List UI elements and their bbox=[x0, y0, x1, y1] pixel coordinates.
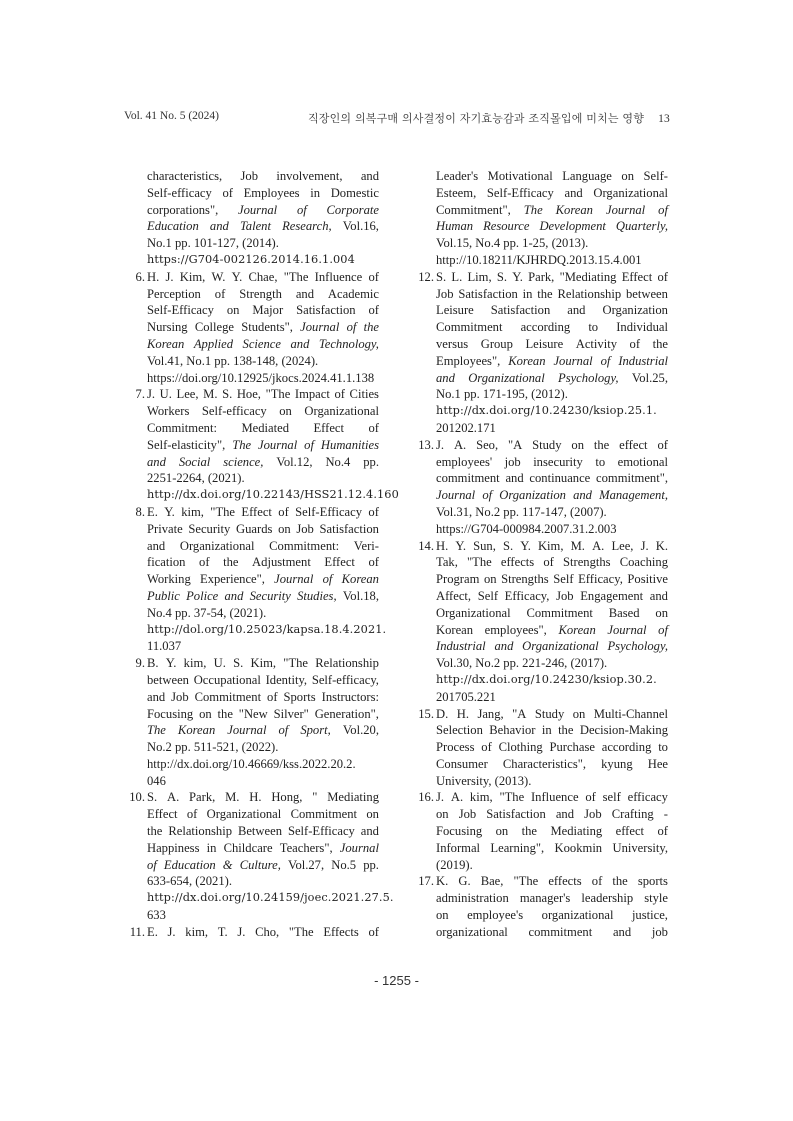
journal-title-word: Korean bbox=[508, 353, 545, 370]
reference-line: andOrganizationalCommitment:Veri- bbox=[147, 538, 379, 555]
journal-title-word: Journal bbox=[258, 437, 297, 454]
reference-word: on bbox=[278, 521, 291, 538]
reference-word: and bbox=[565, 185, 583, 202]
reference-word: versus bbox=[436, 336, 468, 353]
reference-number: 17. bbox=[414, 873, 434, 890]
reference-word: S. bbox=[222, 386, 232, 403]
journal-title-word: Organizational bbox=[468, 370, 545, 387]
reference-word: L. bbox=[451, 269, 462, 286]
reference-word: "The bbox=[289, 924, 314, 941]
reference-word: Informal bbox=[436, 840, 480, 857]
reference-entry: 13.J.A.Seo,"AStudyontheeffectofemployees… bbox=[414, 437, 668, 538]
reference-word: job bbox=[505, 454, 521, 471]
reference-word: Group bbox=[481, 336, 513, 353]
reference-word: Y. bbox=[166, 655, 177, 672]
reference-word: http://dx.doi.org/10.24230/ksiop.30.2. bbox=[436, 672, 657, 689]
reference-line: E.J.kim,T.J.Cho,"TheEffectsof bbox=[147, 924, 379, 941]
reference-line: Commitment:MediatedEffectof bbox=[147, 420, 379, 437]
reference-word: Vol.15, No.4 pp. 1-25, (2013). bbox=[436, 235, 588, 252]
reference-word: 201705.221 bbox=[436, 689, 496, 706]
reference-word: Sports bbox=[283, 689, 315, 706]
journal-title-word: Technology, bbox=[319, 336, 379, 353]
reference-word: Lee, bbox=[611, 538, 633, 555]
reference-word: style bbox=[644, 890, 668, 907]
reference-word: J. bbox=[641, 538, 649, 555]
reference-word: Process bbox=[436, 739, 474, 756]
reference-line: characteristics,Jobinvolvement,and bbox=[147, 168, 379, 185]
reference-word: Seo, bbox=[476, 437, 498, 454]
reference-word: on bbox=[571, 437, 584, 454]
reference-word: the bbox=[653, 336, 668, 353]
reference-word: Self- bbox=[644, 168, 668, 185]
reference-line: ProgramonStrengthsSelfEfficacy,Positive bbox=[436, 571, 668, 588]
reference-word: S. bbox=[147, 789, 157, 806]
reference-word: Satisfaction bbox=[296, 302, 355, 319]
reference-word: No.5 bbox=[331, 857, 356, 874]
reference-word: Employees", bbox=[436, 353, 500, 370]
reference-word: " bbox=[312, 789, 317, 806]
reference-word: Engagement bbox=[580, 588, 643, 605]
reference-word: Employees bbox=[244, 185, 300, 202]
reference-line: HumanResourceDevelopmentQuarterly, bbox=[436, 218, 668, 235]
reference-word: according bbox=[521, 319, 571, 336]
reference-word: "The bbox=[283, 655, 308, 672]
journal-title-word: Education bbox=[147, 218, 199, 235]
reference-word: Job bbox=[296, 521, 314, 538]
reference-word: Kim, bbox=[538, 538, 564, 555]
reference-line: corporations",JournalofCorporate bbox=[147, 202, 379, 219]
reference-word: Nursing bbox=[147, 319, 188, 336]
reference-entry: 17.K.G.Bae,"Theeffectsofthesportsadminis… bbox=[414, 873, 668, 940]
reference-word: of bbox=[657, 437, 668, 454]
reference-word: commitment bbox=[529, 924, 593, 941]
reference-word: and bbox=[567, 302, 585, 319]
reference-word: No.2 pp. 511-521, (2022). bbox=[147, 739, 278, 756]
reference-word: employee's bbox=[467, 907, 523, 924]
reference-word: Organization bbox=[602, 302, 668, 319]
reference-line: http://dol.org/10.25023/kapsa.18.4.2021. bbox=[147, 622, 379, 639]
journal-issue: Vol. 41 No. 5 (2024) bbox=[124, 110, 219, 122]
reference-line: Focusingonthe"NewSilver"Generation", bbox=[147, 706, 379, 723]
reference-word: http://dol.org/10.25023/kapsa.18.4.2021. bbox=[147, 622, 386, 639]
reference-line: Vol.31, No.2 pp. 117-147, (2007). bbox=[436, 504, 668, 521]
reference-line: 046 bbox=[147, 773, 379, 790]
reference-word: kim, bbox=[185, 924, 208, 941]
reference-word: Mediated bbox=[241, 420, 289, 437]
reference-word: Influence bbox=[531, 789, 579, 806]
reference-line: Self-EfficacyonMajorSatisfactionof bbox=[147, 302, 379, 319]
journal-title-word: Culture, bbox=[240, 857, 281, 874]
reference-word: U. bbox=[160, 386, 172, 403]
journal-title-word: Studies, bbox=[297, 588, 337, 605]
reference-number: 11. bbox=[125, 924, 145, 941]
reference-word: Perception bbox=[147, 286, 201, 303]
reference-word: "The bbox=[514, 873, 539, 890]
reference-word: insecurity bbox=[533, 454, 583, 471]
reference-word: Leisure bbox=[525, 336, 563, 353]
reference-word: Major bbox=[252, 302, 283, 319]
reference-word: between bbox=[147, 672, 189, 689]
reference-word: Working bbox=[147, 571, 191, 588]
reference-word: "The bbox=[499, 789, 524, 806]
reference-line: commitmentandcontinuancecommitment", bbox=[436, 470, 668, 487]
reference-word: commitment bbox=[436, 470, 500, 487]
reference-number: 12. bbox=[414, 269, 434, 286]
reference-word: Veri- bbox=[354, 538, 379, 555]
reference-word: Commitment bbox=[436, 319, 502, 336]
reference-word: of bbox=[543, 554, 554, 571]
reference-line: IndustrialandOrganizationalPsychology, bbox=[436, 638, 668, 655]
reference-word: Decision-Making bbox=[580, 722, 668, 739]
reference-word: Kim, bbox=[180, 269, 206, 286]
reference-word: Self bbox=[553, 571, 573, 588]
reference-word: efficacy bbox=[628, 789, 668, 806]
journal-title-word: The bbox=[147, 722, 166, 739]
reference-word: http://dx.doi.org/10.24159/joec.2021.27.… bbox=[147, 890, 394, 907]
reference-word: Vol.16, bbox=[343, 218, 379, 235]
reference-word: Efficacy, bbox=[578, 571, 623, 588]
reference-number: 13. bbox=[414, 437, 434, 454]
reference-word: Positive bbox=[627, 571, 668, 588]
reference-word: (2019). bbox=[436, 857, 473, 874]
reference-word: Guards bbox=[236, 521, 272, 538]
journal-title-word: The bbox=[524, 202, 543, 219]
reference-word: Job bbox=[459, 806, 477, 823]
reference-word: Motivational bbox=[488, 168, 553, 185]
reference-line: ficationoftheAdjustmentEffectof bbox=[147, 554, 379, 571]
reference-word: Influence bbox=[315, 269, 363, 286]
reference-word: to bbox=[595, 454, 605, 471]
reference-word: Korean bbox=[436, 622, 473, 639]
reference-word: kyung bbox=[601, 756, 632, 773]
reference-line: PerceptionofStrengthandAcademic bbox=[147, 286, 379, 303]
reference-word: Esteem, bbox=[436, 185, 476, 202]
reference-word: pp. bbox=[363, 454, 379, 471]
reference-word: of bbox=[369, 302, 380, 319]
reference-entry: 14.H.Y.Sun,S.Y.Kim,M.A.Lee,J.K.Tak,"Thee… bbox=[414, 538, 668, 706]
reference-line: HappinessinChildcareTeachers",Journal bbox=[147, 840, 379, 857]
journal-title-word: Journal bbox=[340, 840, 379, 857]
reference-word: and bbox=[296, 286, 314, 303]
reference-word: Organizational bbox=[436, 605, 511, 622]
reference-word: on bbox=[655, 605, 668, 622]
reference-word: justice, bbox=[632, 907, 668, 924]
reference-number: 6. bbox=[125, 269, 145, 286]
journal-title-word: Public bbox=[147, 588, 180, 605]
reference-line: JobSatisfactionintheRelationshipbetween bbox=[436, 286, 668, 303]
journal-title-word: and bbox=[494, 638, 513, 655]
reference-word: kim, bbox=[470, 789, 493, 806]
reference-word: of bbox=[334, 386, 345, 403]
reference-word: B. bbox=[147, 655, 159, 672]
reference-line: organizationalcommitmentandjob bbox=[436, 924, 668, 941]
reference-word: continuance bbox=[529, 470, 590, 487]
reference-word: Chae, bbox=[248, 269, 277, 286]
reference-number: 9. bbox=[125, 655, 145, 672]
reference-word: Strength bbox=[239, 286, 282, 303]
reference-line: ProcessofClothingPurchaseaccordingto bbox=[436, 739, 668, 756]
reference-line: Self-elasticity",TheJournalofHumanities bbox=[147, 437, 379, 454]
reference-line: EffectofOrganizationalCommitmenton bbox=[147, 806, 379, 823]
reference-word: Crafting bbox=[612, 806, 654, 823]
reference-number: 15. bbox=[414, 706, 434, 723]
reference-word: 633-654, (2021). bbox=[147, 873, 232, 890]
reference-word: "A bbox=[512, 706, 526, 723]
reference-word: Effect bbox=[147, 806, 178, 823]
reference-word: Hee bbox=[648, 756, 668, 773]
reference-word: http://10.18211/KJHRDQ.2013.15.4.001 bbox=[436, 252, 642, 269]
journal-title-word: Organizational bbox=[522, 638, 599, 655]
reference-line: ofEducation&Culture,Vol.27,No.5pp. bbox=[147, 857, 379, 874]
reference-line: onJobSatisfactionandJobCrafting- bbox=[436, 806, 668, 823]
reference-word: Self-Efficacy bbox=[147, 302, 214, 319]
journal-title-word: Journal bbox=[227, 722, 266, 739]
reference-line: D.H.Jang,"AStudyonMulti-Channel bbox=[436, 706, 668, 723]
reference-word: the bbox=[218, 706, 233, 723]
reference-line: No.1 pp. 101-127, (2014). bbox=[147, 235, 379, 252]
reference-word: Learning", bbox=[490, 840, 544, 857]
reference-line: LeisureSatisfactionandOrganization bbox=[436, 302, 668, 319]
reference-word: http://dx.doi.org/10.22143/HSS21.12.4.16… bbox=[147, 487, 399, 504]
journal-title-word: Corporate bbox=[326, 202, 378, 219]
reference-word: M. bbox=[225, 789, 239, 806]
reference-word: of bbox=[368, 269, 379, 286]
reference-word: of bbox=[199, 554, 210, 571]
journal-title-word: of bbox=[323, 571, 333, 588]
reference-line: Esteem,Self-EfficacyandOrganizational bbox=[436, 185, 668, 202]
reference-word: https://G704-000984.2007.31.2.003 bbox=[436, 521, 617, 538]
reference-word: sports bbox=[638, 873, 668, 890]
reference-line: http://dx.doi.org/10.22143/HSS21.12.4.16… bbox=[147, 487, 379, 504]
reference-word: and bbox=[147, 538, 165, 555]
reference-line: WorkersSelf-efficacyonOrganizational bbox=[147, 403, 379, 420]
journal-title-word: Social bbox=[179, 454, 210, 471]
reference-entry: 9.B.Y.kim,U.S.Kim,"TheRelationshipbetwee… bbox=[125, 655, 379, 789]
reference-line: Self-efficacyofEmployeesinDomestic bbox=[147, 185, 379, 202]
reference-word: https://G704-002126.2014.16.1.004 bbox=[147, 252, 355, 269]
reference-word: to bbox=[588, 319, 598, 336]
reference-line: http://10.18211/KJHRDQ.2013.15.4.001 bbox=[436, 252, 668, 269]
journal-title-word: Police bbox=[186, 588, 218, 605]
reference-word: J. bbox=[237, 924, 245, 941]
reference-word: D. bbox=[436, 706, 448, 723]
reference-word: "New bbox=[239, 706, 268, 723]
reference-entry: 8.E.Y.kim,"TheEffectofSelf-EfficacyofPri… bbox=[125, 504, 379, 655]
reference-word: Job bbox=[171, 689, 189, 706]
reference-word: effects bbox=[501, 554, 534, 571]
reference-word: Between bbox=[238, 823, 282, 840]
reference-word: S. bbox=[497, 269, 507, 286]
reference-word: Affect, bbox=[436, 588, 471, 605]
reference-word: of bbox=[187, 806, 198, 823]
reference-word: Park, bbox=[528, 269, 554, 286]
reference-word: Clothing bbox=[499, 739, 543, 756]
reference-word: Vol.25, bbox=[632, 370, 668, 387]
journal-title-word: Education bbox=[164, 857, 216, 874]
reference-word: Commitment bbox=[526, 605, 592, 622]
reference-word: of bbox=[630, 336, 641, 353]
reference-word: Lim, bbox=[467, 269, 491, 286]
reference-line: administrationmanager'sleadershipstyle bbox=[436, 890, 668, 907]
reference-entry: Leader'sMotivationalLanguageonSelf-Estee… bbox=[414, 168, 668, 269]
reference-word: http://dx.doi.org/10.46669/kss.2022.20.2… bbox=[147, 756, 356, 773]
reference-word: E. bbox=[147, 924, 158, 941]
reference-word: and bbox=[505, 470, 523, 487]
reference-line: SelectionBehaviorintheDecision-Making bbox=[436, 722, 668, 739]
reference-word: S. bbox=[436, 269, 446, 286]
journal-title-word: and bbox=[147, 454, 166, 471]
reference-word: pp. bbox=[363, 857, 379, 874]
reference-word: Satisfaction bbox=[458, 286, 517, 303]
reference-word: Relationship bbox=[557, 286, 621, 303]
reference-entry: 10.S.A.Park,M.H.Hong,"MediatingEffectofO… bbox=[125, 789, 379, 923]
reference-word: Organizational bbox=[207, 806, 282, 823]
reference-word: http://dx.doi.org/10.24230/ksiop.25.1. bbox=[436, 403, 657, 420]
reference-word: 046 bbox=[147, 773, 166, 790]
reference-word: the bbox=[594, 437, 609, 454]
reference-entry: 12.S.L.Lim,S.Y.Park,"MediatingEffectofJo… bbox=[414, 269, 668, 437]
reference-word: and bbox=[556, 806, 574, 823]
reference-word: Commitment", bbox=[436, 202, 511, 219]
reference-word: J. bbox=[436, 789, 444, 806]
journal-title-word: Industrial bbox=[436, 638, 486, 655]
reference-number: 10. bbox=[125, 789, 145, 806]
reference-word: Satisfaction bbox=[320, 521, 379, 538]
journal-title-word: of bbox=[658, 202, 668, 219]
journal-title-word: Talent bbox=[240, 218, 271, 235]
reference-word: Selection bbox=[436, 722, 483, 739]
reference-word: of bbox=[368, 924, 379, 941]
reference-word: Study bbox=[535, 706, 564, 723]
reference-line: https://G704-000984.2007.31.2.003 bbox=[436, 521, 668, 538]
reference-word: Jang, bbox=[477, 706, 503, 723]
reference-word: in bbox=[207, 840, 217, 857]
reference-entry: 7.J.U.Lee,M.S.Hoe,"TheImpactofCitiesWork… bbox=[125, 386, 379, 504]
reference-word: Silver" bbox=[274, 706, 309, 723]
reference-word: Self-Efficacy bbox=[487, 185, 554, 202]
journal-title-word: Journal bbox=[606, 202, 645, 219]
reference-entry: 15.D.H.Jang,"AStudyonMulti-ChannelSelect… bbox=[414, 706, 668, 790]
reference-word: Consumer bbox=[436, 756, 488, 773]
reference-word: Tak, bbox=[436, 554, 458, 571]
reference-word: Self bbox=[478, 588, 498, 605]
reference-line: andJobCommitmentofSportsInstructors: bbox=[147, 689, 379, 706]
journal-title-word: Applied bbox=[194, 336, 233, 353]
reference-word: K. bbox=[436, 873, 448, 890]
journal-title-word: Research, bbox=[282, 218, 332, 235]
reference-line: andOrganizationalPsychology,Vol.25, bbox=[436, 370, 668, 387]
reference-line: ConsumerCharacteristics",kyungHee bbox=[436, 756, 668, 773]
reference-word: A. bbox=[167, 789, 179, 806]
reference-word: A. bbox=[451, 789, 463, 806]
reference-line: FocusingontheMediatingeffectof bbox=[436, 823, 668, 840]
reference-line: Vol.41, No.1 pp. 138-148, (2024). bbox=[147, 353, 379, 370]
reference-word: Sun, bbox=[473, 538, 496, 555]
reference-word: Language bbox=[562, 168, 612, 185]
reference-line: EducationandTalentResearch,Vol.16, bbox=[147, 218, 379, 235]
reference-word: Happiness bbox=[147, 840, 199, 857]
reference-word: Program bbox=[436, 571, 479, 588]
reference-word: Self-elasticity", bbox=[147, 437, 225, 454]
reference-word: of bbox=[592, 873, 603, 890]
reference-word: of bbox=[222, 185, 233, 202]
journal-title-word: of bbox=[279, 722, 289, 739]
reference-word: Occupational bbox=[194, 672, 261, 689]
reference-word: Adjustment bbox=[252, 554, 311, 571]
reference-line: H.Y.Sun,S.Y.Kim,M.A.Lee,J.K. bbox=[436, 538, 668, 555]
reference-word: on bbox=[436, 907, 449, 924]
reference-word: S. bbox=[503, 538, 513, 555]
reference-line: No.2 pp. 511-521, (2022). bbox=[147, 739, 379, 756]
reference-word: Organizational bbox=[180, 538, 255, 555]
reference-word: Multi-Channel bbox=[594, 706, 668, 723]
reference-word: University, bbox=[612, 840, 668, 857]
reference-word: effect bbox=[616, 823, 644, 840]
journal-title-word: Korean bbox=[558, 622, 595, 639]
journal-title-word: Journal bbox=[300, 319, 339, 336]
reference-word: - bbox=[664, 806, 668, 823]
reference-word: and bbox=[613, 924, 631, 941]
reference-word: Self-efficacy, bbox=[312, 672, 379, 689]
reference-word: Job bbox=[241, 168, 259, 185]
reference-word: organizational bbox=[542, 907, 614, 924]
reference-word: No.1 pp. 101-127, (2014). bbox=[147, 235, 279, 252]
reference-line: 633-654, (2021). bbox=[147, 873, 379, 890]
journal-title-word: Journal bbox=[274, 571, 313, 588]
reference-word: Identity, bbox=[266, 672, 308, 689]
reference-line: 2251-2264, (2021). bbox=[147, 470, 379, 487]
reference-line: http://dx.doi.org/10.24159/joec.2021.27.… bbox=[147, 890, 379, 907]
reference-word: U. bbox=[214, 655, 226, 672]
reference-word: Purchase bbox=[549, 739, 594, 756]
reference-word: Y. bbox=[232, 269, 243, 286]
reference-word: Job bbox=[436, 286, 454, 303]
reference-line: PublicPoliceandSecurityStudies,Vol.18, bbox=[147, 588, 379, 605]
reference-word: on bbox=[573, 706, 586, 723]
reference-line: OrganizationalCommitmentBasedon bbox=[436, 605, 668, 622]
reference-entry: 6.H.J.Kim,W.Y.Chae,"TheInfluenceofPercep… bbox=[125, 269, 379, 387]
reference-line: versusGroupLeisureActivityofthe bbox=[436, 336, 668, 353]
reference-word: Cities bbox=[350, 386, 379, 403]
reference-line: 633 bbox=[147, 907, 379, 924]
references-left-column: characteristics,Jobinvolvement,andSelf-e… bbox=[125, 168, 379, 941]
reference-word: Academic bbox=[328, 286, 379, 303]
reference-word: corporations", bbox=[147, 202, 218, 219]
reference-word: Commitment bbox=[291, 806, 357, 823]
journal-title-word: Science bbox=[243, 336, 281, 353]
reference-line: Tak,"TheeffectsofStrengthsCoaching bbox=[436, 554, 668, 571]
reference-word: involvement, bbox=[276, 168, 342, 185]
reference-word: "The bbox=[210, 504, 235, 521]
reference-line: B.Y.kim,U.S.Kim,"TheRelationship bbox=[147, 655, 379, 672]
reference-line: theRelationshipBetweenSelf-Efficacyand bbox=[147, 823, 379, 840]
reference-line: J.A.Seo,"AStudyontheeffectof bbox=[436, 437, 668, 454]
reference-word: Effect bbox=[324, 554, 355, 571]
reference-word: on bbox=[484, 571, 497, 588]
journal-title-word: and bbox=[436, 370, 455, 387]
reference-word: Mediating bbox=[550, 823, 602, 840]
reference-word: E. bbox=[147, 504, 158, 521]
reference-word: J. bbox=[147, 386, 155, 403]
reference-word: M. bbox=[203, 386, 217, 403]
reference-word: Kim, bbox=[251, 655, 277, 672]
reference-word: Lee, bbox=[177, 386, 199, 403]
reference-word: administration bbox=[436, 890, 509, 907]
reference-word: and bbox=[361, 168, 379, 185]
reference-word: of bbox=[215, 286, 226, 303]
reference-word: on bbox=[496, 823, 509, 840]
reference-word: Hoe, bbox=[237, 386, 261, 403]
